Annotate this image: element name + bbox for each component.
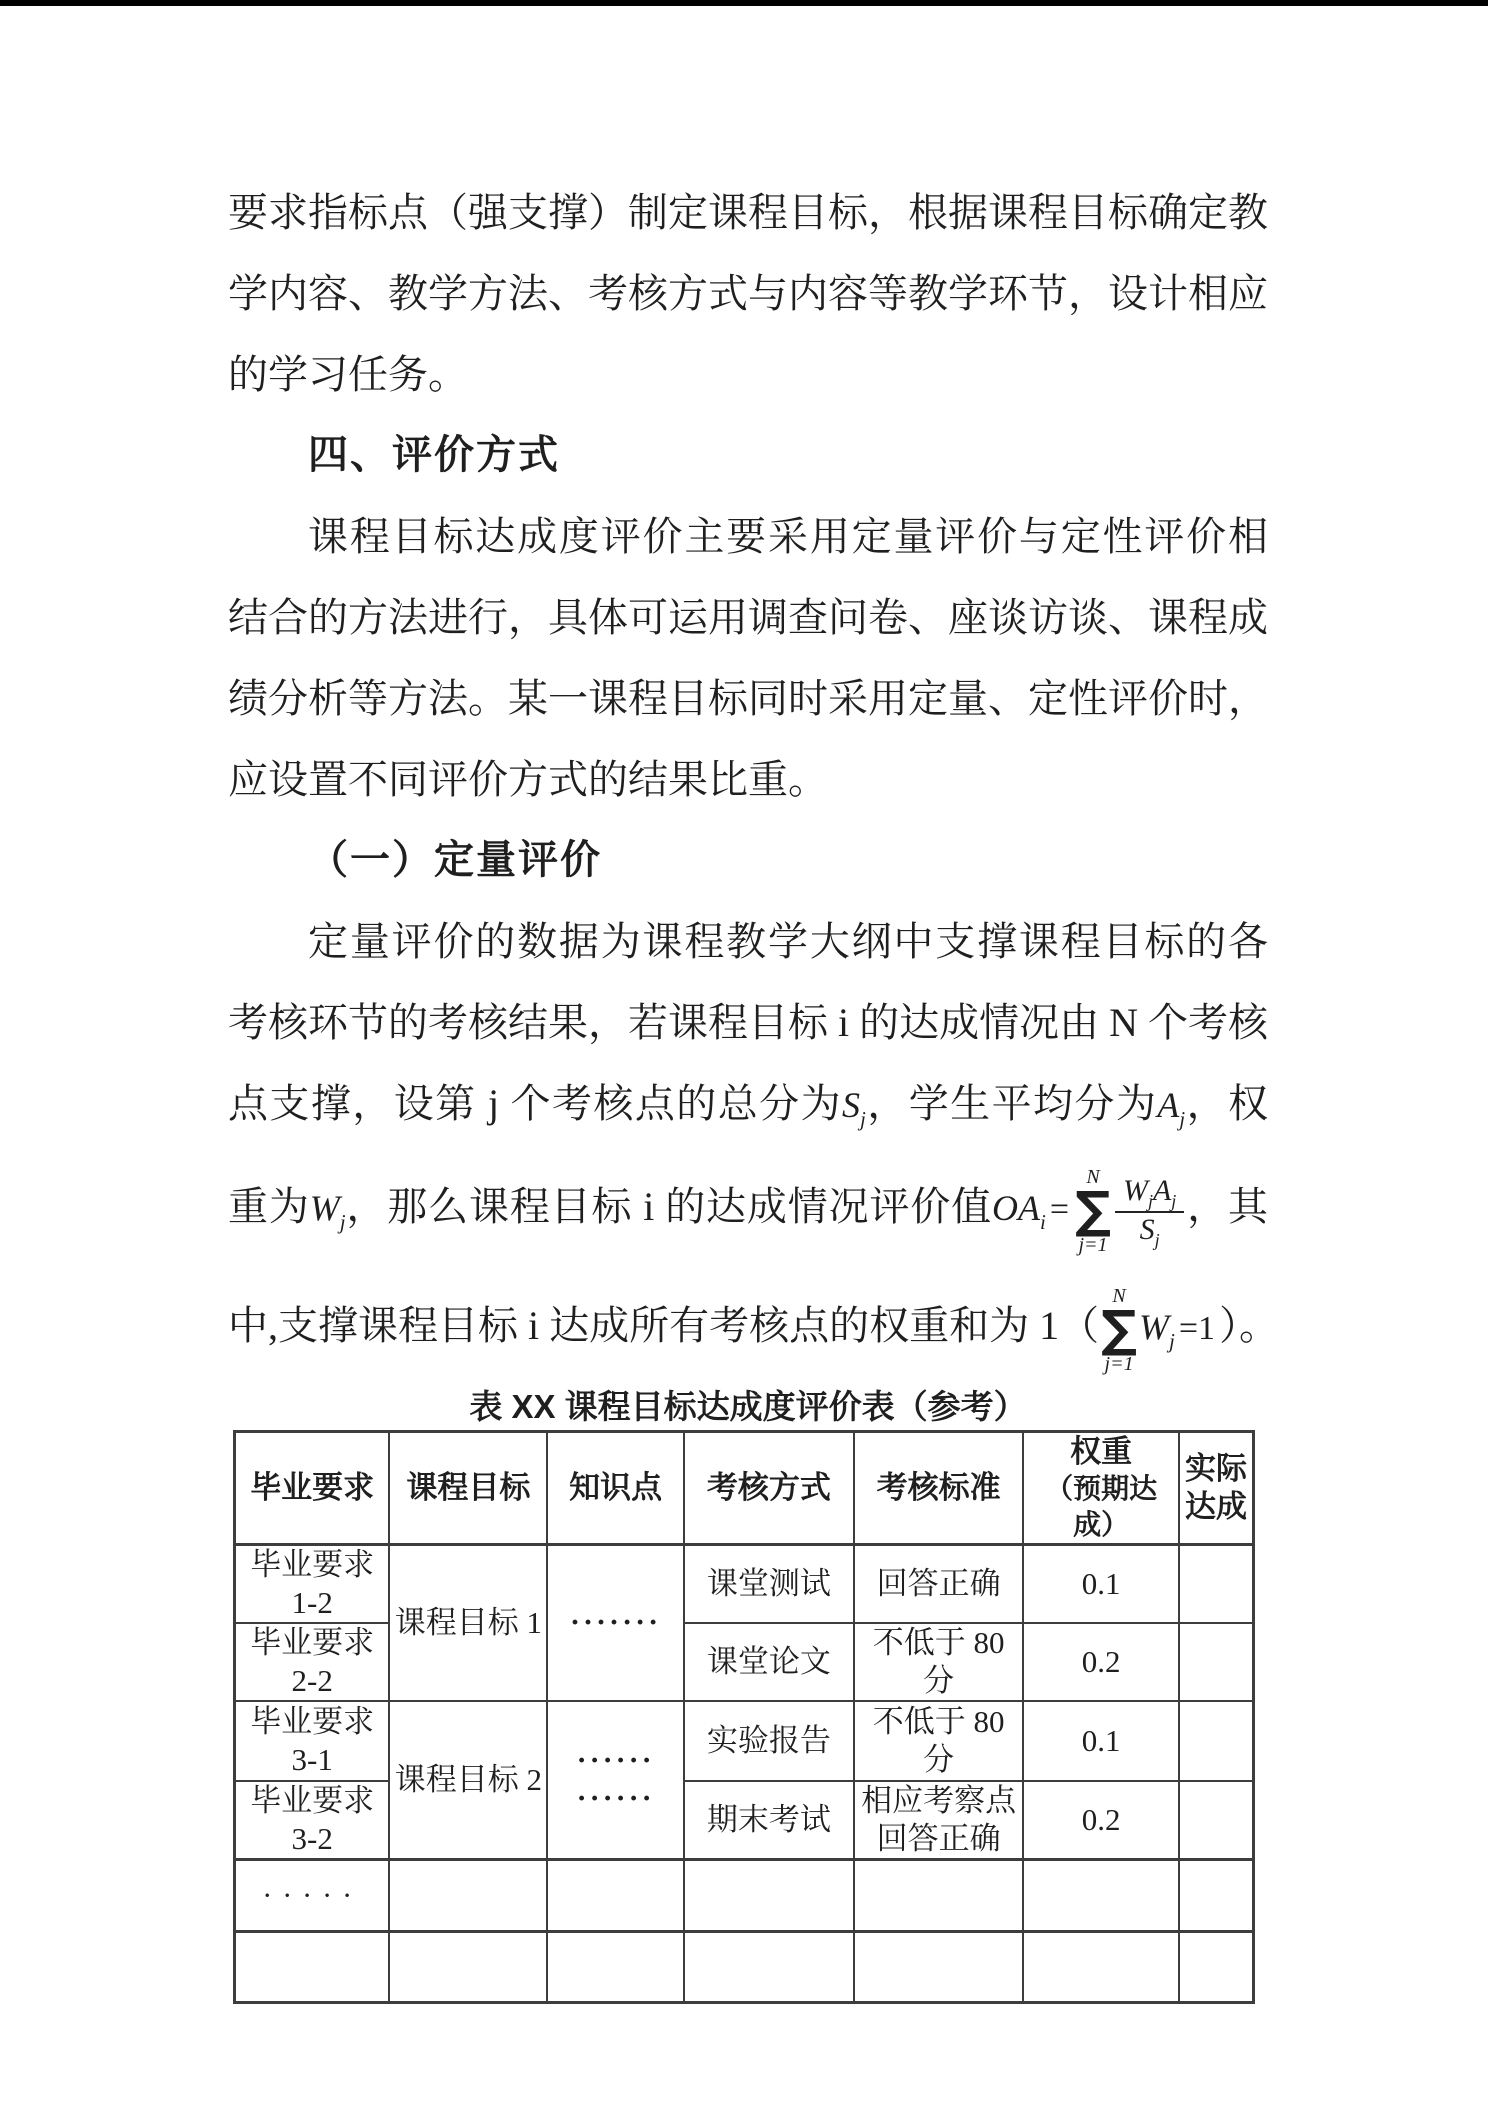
empty-cell xyxy=(1179,1932,1253,2003)
math-A-j: Aj xyxy=(1157,1081,1185,1126)
empty-cell xyxy=(1179,1860,1253,1932)
header-actual: 实际达成 xyxy=(1179,1432,1253,1545)
knowledge-cell: ······· xyxy=(547,1545,684,1702)
goal-cell: 课程目标 2 xyxy=(389,1701,547,1860)
weight-cell: 0.1 xyxy=(1023,1545,1179,1624)
text-segment: 点支撑，设第 j 个考核点的总分为 xyxy=(228,1081,842,1126)
document-content: 要求指标点（强支撑）制定课程目标，根据课程目标确定教 学内容、教学方法、考核方式… xyxy=(228,172,1268,2004)
header-graduation-req: 毕业要求 xyxy=(235,1432,390,1545)
ellipsis-cell: ····· xyxy=(235,1860,390,1932)
paragraph-line: 的学习任务。 xyxy=(228,334,1268,415)
summation-symbol: N∑j=1 xyxy=(1075,1167,1111,1255)
paragraph-line-math: 点支撑，设第 j 个考核点的总分为Sj，学生平均分为Aj，权 xyxy=(228,1063,1268,1144)
header-weight-line1: 权重 xyxy=(1024,1433,1178,1471)
math-OA-i: OAi xyxy=(992,1184,1046,1229)
empty-cell xyxy=(235,1932,390,2003)
sub-heading: （一）定量评价 xyxy=(228,820,1268,901)
empty-cell xyxy=(1023,1860,1179,1932)
text-segment: ，权 xyxy=(1185,1081,1268,1126)
table-row: 毕业要求2-2 课堂论文 不低于 80 分 0.2 xyxy=(235,1623,1254,1701)
paragraph-line: 绩分析等方法。某一课程目标同时采用定量、定性评价时， xyxy=(228,658,1268,739)
text-segment: ，那么课程目标 i 的达成情况评价值 xyxy=(346,1184,992,1229)
paragraph-line: 结合的方法进行，具体可运用调查问卷、座谈访谈、课程成 xyxy=(228,577,1268,658)
table-row xyxy=(235,1932,1254,2003)
paragraph-line: 学内容、教学方法、考核方式与内容等教学环节，设计相应 xyxy=(228,253,1268,334)
weight-cell: 0.2 xyxy=(1023,1623,1179,1701)
equals-sign: = xyxy=(1046,1191,1073,1228)
document-page: 要求指标点（强支撑）制定课程目标，根据课程目标确定教 学内容、教学方法、考核方式… xyxy=(0,0,1488,2104)
table-caption: 表 XX 课程目标达成度评价表（参考） xyxy=(228,1384,1268,1430)
weight-cell: 0.1 xyxy=(1023,1701,1179,1781)
header-weight-line2: （预期达成） xyxy=(1024,1471,1178,1543)
fraction-WjAj-over-Sj: WjAjSj xyxy=(1115,1174,1184,1247)
header-knowledge-point: 知识点 xyxy=(547,1432,684,1545)
table-row: 毕业要求3-2 期末考试 相应考察点回答正确 0.2 xyxy=(235,1781,1254,1860)
knowledge-cell: ············ xyxy=(547,1701,684,1860)
empty-cell xyxy=(1179,1545,1253,1624)
math-W-j: Wj xyxy=(310,1184,346,1229)
weight-cell: 0.2 xyxy=(1023,1781,1179,1860)
paragraph-line: 要求指标点（强支撑）制定课程目标，根据课程目标确定教 xyxy=(228,172,1268,253)
header-actual-line1: 实际 xyxy=(1180,1450,1252,1488)
req-cell: 毕业要求2-2 xyxy=(235,1623,390,1701)
paragraph-line: 应设置不同评价方式的结果比重。 xyxy=(228,739,1268,820)
standard-cell: 不低于 80 分 xyxy=(854,1701,1023,1781)
method-cell: 课堂论文 xyxy=(684,1623,854,1701)
empty-cell xyxy=(1179,1781,1253,1860)
empty-cell xyxy=(389,1932,547,2003)
goal-cell: 课程目标 1 xyxy=(389,1545,547,1702)
standard-cell: 回答正确 xyxy=(854,1545,1023,1624)
header-weight: 权重（预期达成） xyxy=(1023,1432,1179,1545)
table-row: 毕业要求1-2 课程目标 1 ······· 课堂测试 回答正确 0.1 xyxy=(235,1545,1254,1624)
page-top-border xyxy=(0,0,1488,6)
method-cell: 课堂测试 xyxy=(684,1545,854,1624)
empty-cell xyxy=(1179,1623,1253,1701)
empty-cell xyxy=(854,1860,1023,1932)
paragraph-line: 课程目标达成度评价主要采用定量评价与定性评价相 xyxy=(228,496,1268,577)
empty-cell xyxy=(854,1932,1023,2003)
formula-line-2: 中,支撑课程目标 i 达成所有考核点的权重和为 1（N∑j=1Wj=1）。 xyxy=(228,1270,1268,1382)
paragraph-1: 要求指标点（强支撑）制定课程目标，根据课程目标确定教 学内容、教学方法、考核方式… xyxy=(228,172,1268,415)
paragraph-2: 课程目标达成度评价主要采用定量评价与定性评价相 结合的方法进行，具体可运用调查问… xyxy=(228,496,1268,820)
empty-cell xyxy=(684,1860,854,1932)
header-assessment-standard: 考核标准 xyxy=(854,1432,1023,1545)
formula-line-1: 重为Wj，那么课程目标 i 的达成情况评价值OAi=N∑j=1WjAjSj，其 xyxy=(228,1144,1268,1270)
math-S-j: Sj xyxy=(842,1081,866,1126)
text-segment: 重为 xyxy=(228,1184,310,1229)
summation-symbol: N∑j=1 xyxy=(1101,1286,1137,1374)
empty-cell xyxy=(547,1860,684,1932)
standard-cell: 不低于 80 分 xyxy=(854,1623,1023,1701)
section-heading: 四、评价方式 xyxy=(228,415,1268,496)
evaluation-table: 毕业要求 课程目标 知识点 考核方式 考核标准 权重（预期达成） 实际达成 毕业… xyxy=(233,1430,1255,2004)
table-row: 毕业要求3-1 课程目标 2 ············ 实验报告 不低于 80 … xyxy=(235,1701,1254,1781)
header-course-goal: 课程目标 xyxy=(389,1432,547,1545)
math-W-j-equals-1: Wj=1 xyxy=(1139,1303,1219,1348)
req-cell: 毕业要求3-1 xyxy=(235,1701,390,1781)
text-segment: ，学生平均分为 xyxy=(866,1081,1157,1126)
paragraph-line: 考核环节的考核结果，若课程目标 i 的达成情况由 N 个考核 xyxy=(228,982,1268,1063)
method-cell: 实验报告 xyxy=(684,1701,854,1781)
empty-cell xyxy=(389,1860,547,1932)
header-actual-line2: 达成 xyxy=(1180,1488,1252,1526)
header-row: 毕业要求 课程目标 知识点 考核方式 考核标准 权重（预期达成） 实际达成 xyxy=(235,1432,1254,1545)
empty-cell xyxy=(684,1932,854,2003)
text-segment: ，其 xyxy=(1186,1184,1268,1229)
req-cell: 毕业要求3-2 xyxy=(235,1781,390,1860)
empty-cell xyxy=(1023,1932,1179,2003)
paragraph-3: 定量评价的数据为课程教学大纲中支撑课程目标的各 考核环节的考核结果，若课程目标 … xyxy=(228,901,1268,1382)
standard-cell: 相应考察点回答正确 xyxy=(854,1781,1023,1860)
text-segment: ）。 xyxy=(1219,1303,1279,1348)
text-segment: 中,支撑课程目标 i 达成所有考核点的权重和为 1（ xyxy=(228,1303,1099,1348)
table-row: ····· xyxy=(235,1860,1254,1932)
header-assessment-method: 考核方式 xyxy=(684,1432,854,1545)
empty-cell xyxy=(1179,1701,1253,1781)
req-cell: 毕业要求1-2 xyxy=(235,1545,390,1624)
empty-cell xyxy=(547,1932,684,2003)
method-cell: 期末考试 xyxy=(684,1781,854,1860)
paragraph-line: 定量评价的数据为课程教学大纲中支撑课程目标的各 xyxy=(228,901,1268,982)
